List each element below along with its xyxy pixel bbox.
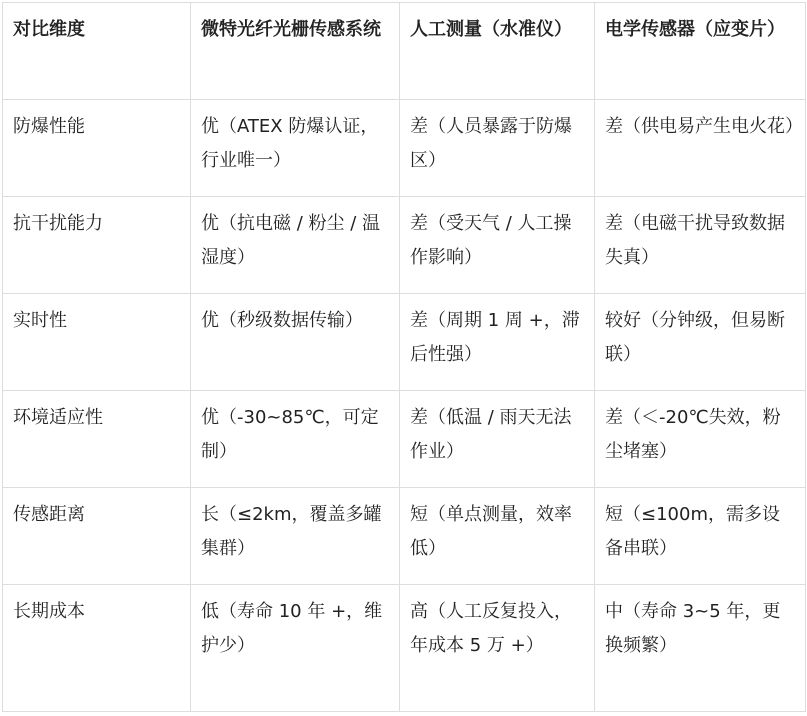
cell-manual-measurement: 差（人员暴露于防爆区） (400, 100, 595, 197)
table-row: 防爆性能 优（ATEX 防爆认证，行业唯一） 差（人员暴露于防爆区） 差（供电易… (3, 100, 806, 197)
cell-manual-measurement: 高（人工反复投入，年成本 5 万 +） (400, 585, 595, 712)
table-row: 长期成本 低（寿命 10 年 +，维护少） 高（人工反复投入，年成本 5 万 +… (3, 585, 806, 712)
cell-manual-measurement: 短（单点测量，效率低） (400, 488, 595, 585)
cell-electrical-sensor: 较好（分钟级，但易断联） (595, 294, 806, 391)
cell-fbg-system: 低（寿命 10 年 +，维护少） (191, 585, 400, 712)
table-row: 传感距离 长（≤2km，覆盖多罐集群） 短（单点测量，效率低） 短（≤100m，… (3, 488, 806, 585)
table-row: 环境适应性 优（-30~85℃，可定制） 差（低温 / 雨天无法作业） 差（＜-… (3, 391, 806, 488)
table-row: 抗干扰能力 优（抗电磁 / 粉尘 / 温湿度） 差（受天气 / 人工操作影响） … (3, 197, 806, 294)
header-manual-measurement: 人工测量（水准仪） (400, 3, 595, 100)
cell-dimension: 长期成本 (3, 585, 191, 712)
header-electrical-sensor: 电学传感器（应变片） (595, 3, 806, 100)
cell-dimension: 实时性 (3, 294, 191, 391)
cell-electrical-sensor: 中（寿命 3~5 年，更换频繁） (595, 585, 806, 712)
header-fbg-system: 微特光纤光栅传感系统 (191, 3, 400, 100)
cell-manual-measurement: 差（受天气 / 人工操作影响） (400, 197, 595, 294)
cell-dimension: 防爆性能 (3, 100, 191, 197)
comparison-table: 对比维度 微特光纤光栅传感系统 人工测量（水准仪） 电学传感器（应变片） 防爆性… (2, 2, 806, 712)
cell-fbg-system: 优（-30~85℃，可定制） (191, 391, 400, 488)
cell-electrical-sensor: 差（供电易产生电火花） (595, 100, 806, 197)
table-row: 实时性 优（秒级数据传输） 差（周期 1 周 +，滞后性强） 较好（分钟级，但易… (3, 294, 806, 391)
cell-fbg-system: 优（抗电磁 / 粉尘 / 温湿度） (191, 197, 400, 294)
cell-manual-measurement: 差（低温 / 雨天无法作业） (400, 391, 595, 488)
header-dimension: 对比维度 (3, 3, 191, 100)
cell-fbg-system: 优（秒级数据传输） (191, 294, 400, 391)
cell-dimension: 传感距离 (3, 488, 191, 585)
cell-electrical-sensor: 差（＜-20℃失效，粉尘堵塞） (595, 391, 806, 488)
cell-dimension: 抗干扰能力 (3, 197, 191, 294)
table-header-row: 对比维度 微特光纤光栅传感系统 人工测量（水准仪） 电学传感器（应变片） (3, 3, 806, 100)
cell-electrical-sensor: 差（电磁干扰导致数据失真） (595, 197, 806, 294)
cell-fbg-system: 优（ATEX 防爆认证，行业唯一） (191, 100, 400, 197)
cell-electrical-sensor: 短（≤100m，需多设备串联） (595, 488, 806, 585)
cell-manual-measurement: 差（周期 1 周 +，滞后性强） (400, 294, 595, 391)
cell-fbg-system: 长（≤2km，覆盖多罐集群） (191, 488, 400, 585)
cell-dimension: 环境适应性 (3, 391, 191, 488)
